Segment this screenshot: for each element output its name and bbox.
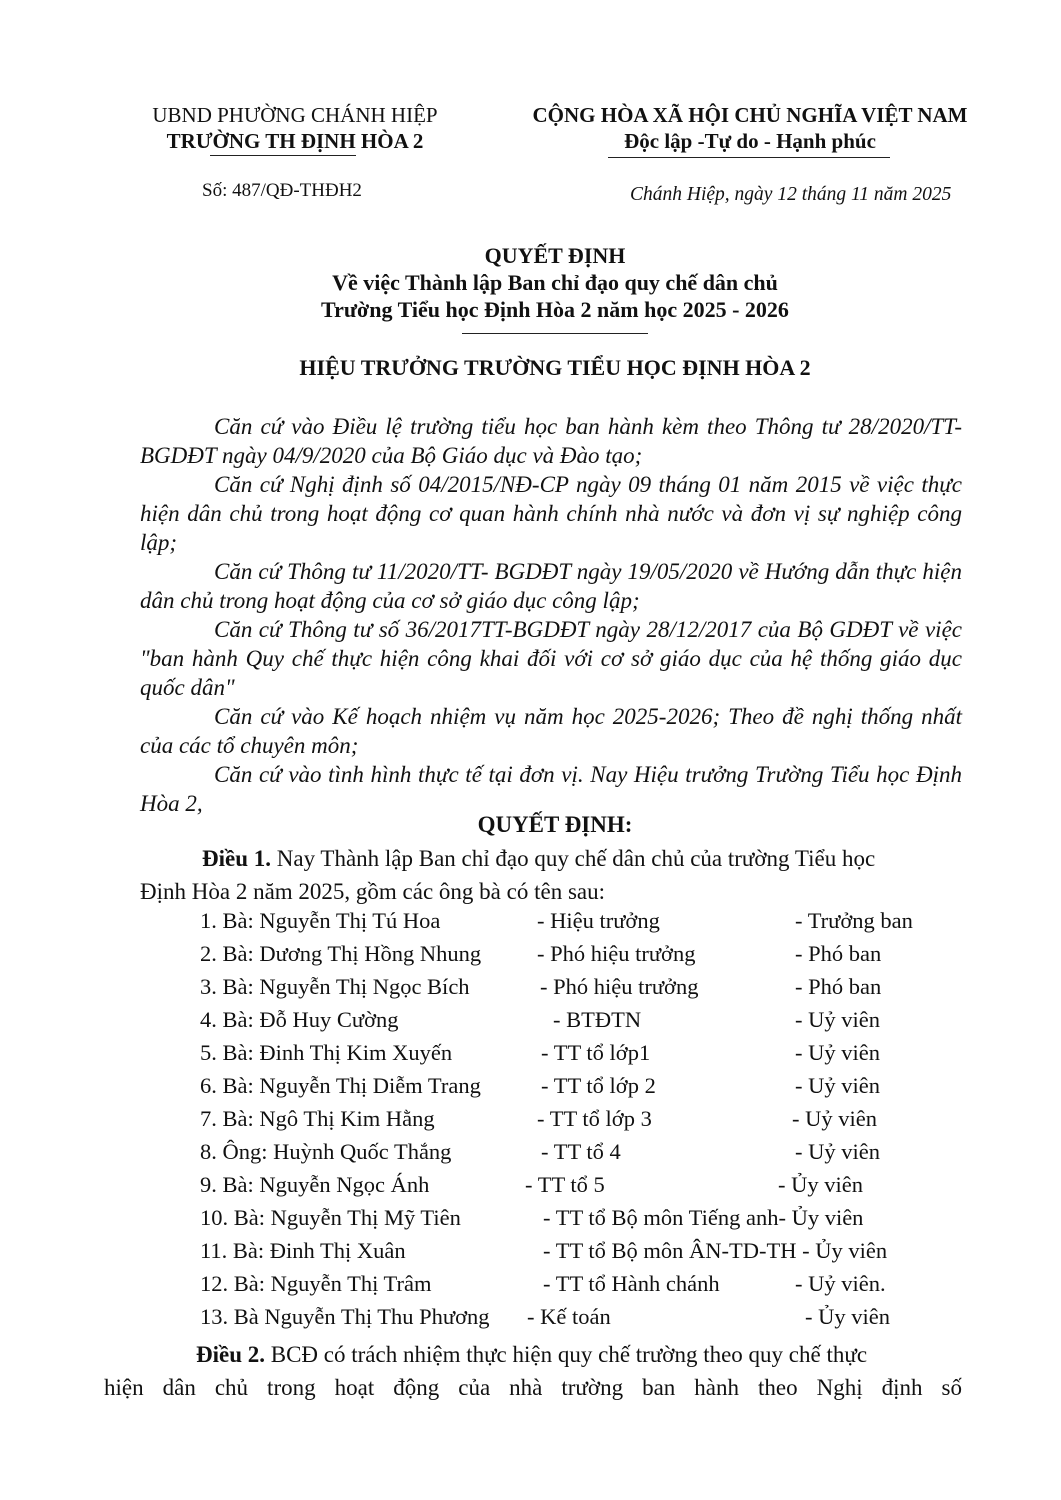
member-position: - Phó hiệu trưởng — [540, 974, 698, 1000]
member-position: - TT tổ Hành chánh — [543, 1271, 720, 1297]
school-name: TRƯỜNG TH ĐỊNH HÒA 2 — [120, 128, 470, 154]
national-title: CỘNG HÒA XÃ HỘI CHỦ NGHĨA VIỆT NAM Độc l… — [495, 102, 1005, 154]
member-name: 3. Bà: Nguyễn Thị Ngọc Bích — [200, 974, 470, 1000]
member-name: 10. Bà: Nguyễn Thị Mỹ Tiên — [200, 1205, 461, 1231]
authority-heading: HIỆU TRƯỞNG TRƯỜNG TIỂU HỌC ĐỊNH HÒA 2 — [200, 355, 910, 381]
basis-item: Căn cứ vào tình hình thực tế tại đơn vị.… — [140, 760, 962, 818]
member-role: - Ủy viên — [805, 1304, 890, 1330]
member-role: - Uỷ viên — [795, 1007, 880, 1033]
article-1-line-2: Định Hòa 2 năm 2025, gồm các ông bà có t… — [140, 875, 962, 908]
motto-underline — [608, 157, 890, 158]
member-position: - TT tổ Bộ môn Tiếng anh- Ủy viên — [543, 1205, 863, 1231]
member-role: - Phó ban — [795, 941, 881, 967]
title-line-3: Trường Tiểu học Định Hòa 2 năm học 2025 … — [200, 296, 910, 323]
member-position: - BTĐTN — [553, 1007, 641, 1033]
decision-title: QUYẾT ĐỊNH Về việc Thành lập Ban chỉ đạo… — [200, 242, 910, 323]
member-position: - TT tổ lớp 2 — [541, 1073, 656, 1099]
member-position: - Kế toán — [527, 1304, 611, 1330]
member-name: 9. Bà: Nguyễn Ngọc Ánh — [200, 1172, 429, 1198]
member-name: 5. Bà: Đinh Thị Kim Xuyến — [200, 1040, 452, 1066]
member-position: - TT tổ lớp1 — [541, 1040, 650, 1066]
basis-item: Căn cứ Thông tư 11/2020/TT- BGDĐT ngày 1… — [140, 557, 962, 615]
school-name-underline — [210, 155, 356, 156]
issuing-authority: UBND PHƯỜNG CHÁNH HIỆP TRƯỜNG TH ĐỊNH HÒ… — [120, 102, 470, 154]
member-position: - TT tổ 5 — [525, 1172, 605, 1198]
title-line-2: Về việc Thành lập Ban chỉ đạo quy chế dâ… — [200, 269, 910, 296]
basis-item: Căn cứ Thông tư số 36/2017TT-BGDĐT ngày … — [140, 615, 962, 702]
member-role: - Trưởng ban — [795, 908, 913, 934]
title-underline — [462, 333, 648, 334]
member-name: 7. Bà: Ngô Thị Kim Hằng — [200, 1106, 435, 1132]
member-position: - Hiệu trưởng — [537, 908, 660, 934]
basis-item: Căn cứ vào Điều lệ trường tiểu học ban h… — [140, 412, 962, 470]
member-position: - Phó hiệu trưởng — [537, 941, 695, 967]
article-1-label: Điều 1. — [202, 846, 271, 871]
member-name: 13. Bà Nguyễn Thị Thu Phương — [200, 1304, 490, 1330]
article-2-label: Điều 2. — [196, 1342, 265, 1367]
country-name: CỘNG HÒA XÃ HỘI CHỦ NGHĨA VIỆT NAM — [495, 102, 1005, 128]
member-role: - Uỷ viên — [795, 1139, 880, 1165]
article-2-line-2: hiện dân chủ trong hoạt động của nhà trư… — [104, 1371, 962, 1404]
basis-item: Căn cứ Nghị định số 04/2015/NĐ-CP ngày 0… — [140, 470, 962, 557]
decision-heading: QUYẾT ĐỊNH: — [200, 812, 910, 838]
article-1: Điều 1. Nay Thành lập Ban chỉ đạo quy ch… — [140, 842, 962, 908]
article-2: Điều 2. BCĐ có trách nhiệm thực hiện quy… — [104, 1338, 962, 1404]
authority-parent: UBND PHƯỜNG CHÁNH HIỆP — [120, 102, 470, 128]
article-1-line-1: Điều 1. Nay Thành lập Ban chỉ đạo quy ch… — [140, 842, 962, 875]
legal-bases: Căn cứ vào Điều lệ trường tiểu học ban h… — [140, 412, 962, 818]
member-name: 12. Bà: Nguyễn Thị Trâm — [200, 1271, 431, 1297]
member-name: 4. Bà: Đỗ Huy Cường — [200, 1007, 398, 1033]
title-line-1: QUYẾT ĐỊNH — [200, 242, 910, 269]
member-name: 6. Bà: Nguyễn Thị Diễm Trang — [200, 1073, 481, 1099]
article-2-line-1: Điều 2. BCĐ có trách nhiệm thực hiện quy… — [104, 1338, 962, 1371]
member-name: 1. Bà: Nguyễn Thị Tú Hoa — [200, 908, 440, 934]
member-position: - TT tổ Bộ môn ÂN-TD-TH - Ủy viên — [543, 1238, 887, 1264]
national-motto: Độc lập -Tự do - Hạnh phúc — [495, 128, 1005, 154]
member-name: 2. Bà: Dương Thị Hồng Nhung — [200, 941, 481, 967]
member-position: - TT tổ lớp 3 — [537, 1106, 652, 1132]
basis-item: Căn cứ vào Kế hoạch nhiệm vụ năm học 202… — [140, 702, 962, 760]
member-role: - Uỷ viên — [792, 1106, 877, 1132]
member-role: - Ủy viên — [778, 1172, 863, 1198]
member-position: - TT tổ 4 — [541, 1139, 621, 1165]
member-role: - Phó ban — [795, 974, 881, 1000]
member-role: - Uỷ viên — [795, 1040, 880, 1066]
place-date: Chánh Hiệp, ngày 12 tháng 11 năm 2025 — [630, 184, 951, 206]
member-name: 11. Bà: Đinh Thị Xuân — [200, 1238, 406, 1264]
document-number: Số: 487/QĐ-THĐH2 — [202, 180, 362, 202]
member-role: - Uỷ viên — [795, 1073, 880, 1099]
member-name: 8. Ông: Huỳnh Quốc Thắng — [200, 1139, 451, 1165]
member-role: - Uỷ viên. — [795, 1271, 886, 1297]
